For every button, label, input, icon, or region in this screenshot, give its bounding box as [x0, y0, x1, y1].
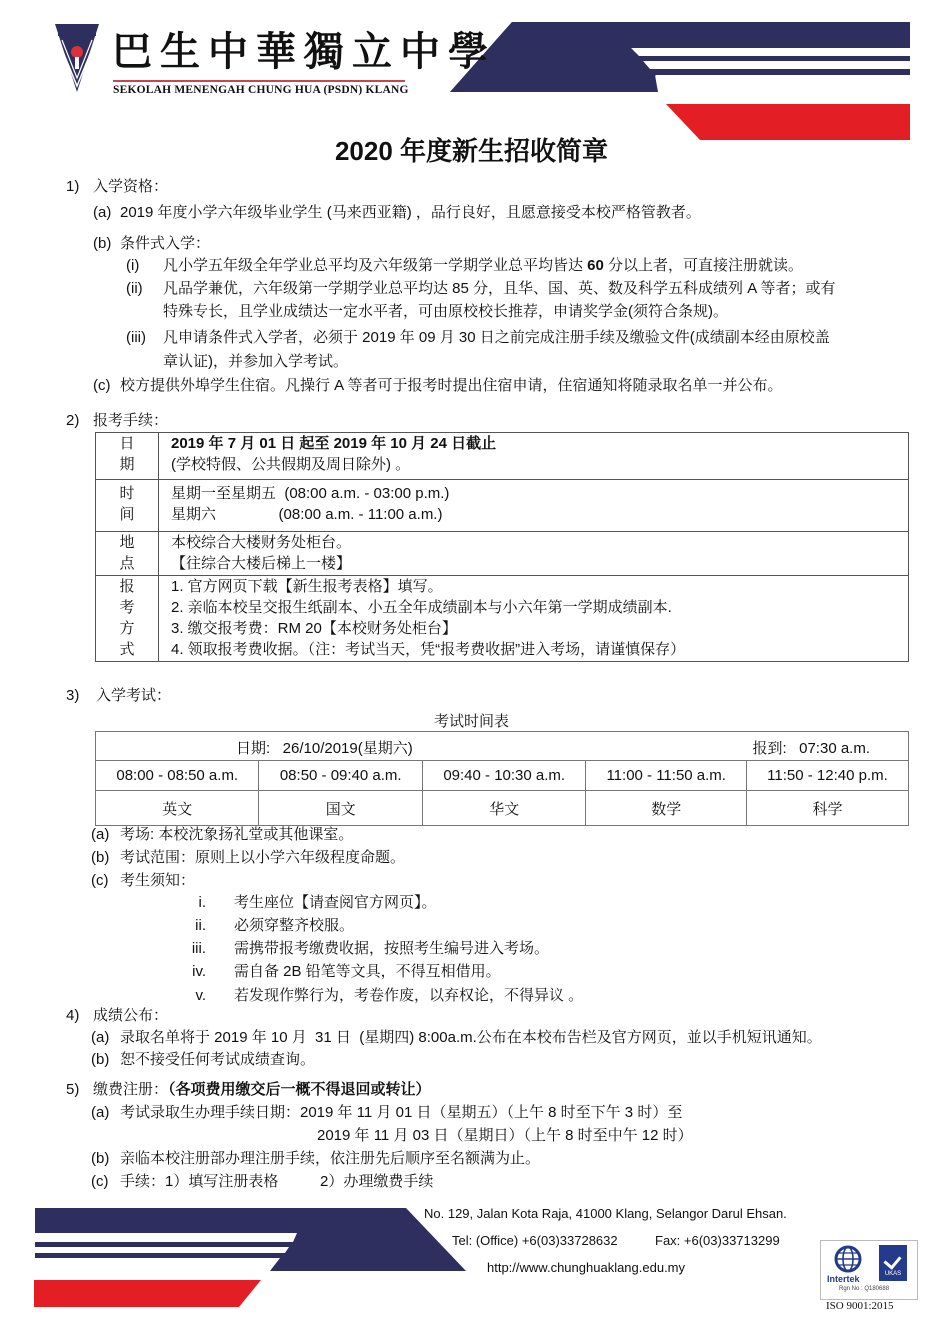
- header-rule: [113, 80, 405, 82]
- table-row-date: 日期 2019 年 7 月 01 日 起至 2019 年 10 月 24 日截止…: [96, 433, 909, 480]
- ukas-badge-icon: UKAS: [879, 1245, 907, 1281]
- item-text: 亲临本校注册部办理注册手续，依注册先后顺序至名额满为止。: [120, 1149, 540, 1169]
- exam-subjects-row: 英文 国文 华文 数学 科学: [96, 791, 909, 826]
- notice-label: i.: [180, 893, 206, 913]
- notice-text: 需自备 2B 铅笔等文具，不得互相借用。: [234, 962, 501, 982]
- exam-schedule-table: 日期: 26/10/2019(星期六) 报到: 07:30 a.m. 08:00…: [95, 731, 909, 826]
- subitem-text: 凡小学五年级全年学业总平均及六年级第一学期学业总平均皆达 60 分以上者，可直接…: [163, 256, 803, 276]
- item-label: (b): [93, 234, 111, 254]
- item-label: (c): [91, 1172, 109, 1192]
- item-label: (b): [91, 1149, 109, 1169]
- section-heading: 报考手续：: [93, 411, 168, 431]
- notice-label: iii.: [180, 939, 206, 959]
- time-cell: 09:40 - 10:30 a.m.: [422, 761, 585, 791]
- subitem-text-cont: 特殊专长，且学业成绩达一定水平者，可由原校校长推荐，申请奖学金(须符合条规)。: [163, 302, 728, 322]
- item-text: 校方提供外埠学生住宿。凡操行 A 等者可于报考时提出住宿申请，住宿通知将随录取名…: [120, 376, 783, 396]
- item-text-cont: 2019 年 11 月 03 日（星期日）（上午 8 时至中午 12 时）: [317, 1126, 693, 1146]
- row-value: 本校综合大楼财务处柜台。【往综合大楼后梯上一楼】: [159, 532, 909, 576]
- item-label: (c): [93, 376, 111, 396]
- section-number: 5): [66, 1080, 79, 1100]
- item-label: (a): [91, 825, 109, 845]
- footer-website[interactable]: http://www.chunghuaklang.edu.my: [487, 1260, 685, 1275]
- section-number: 4): [66, 1006, 79, 1026]
- row-value: 2019 年 7 月 01 日 起至 2019 年 10 月 24 日截止(学校…: [159, 433, 909, 480]
- item-text: 录取名单将于 2019 年 10 月 31 日 (星期四) 8:00a.m.公布…: [120, 1028, 822, 1048]
- globe-icon: [830, 1244, 866, 1274]
- subitem-label: (ii): [126, 279, 143, 299]
- page-title: 2020 年度新生招收简章: [0, 131, 943, 168]
- subitem-text: 凡品学兼优，六年级第一学期学业总平均达 85 分，且华、国、英、数及科学五科成绩…: [163, 279, 836, 299]
- school-name-chinese: 巴生中華獨立中學: [112, 30, 496, 74]
- notice-label: iv.: [180, 962, 206, 982]
- item-label: (c): [91, 871, 109, 891]
- item-text: 考试录取生办理手续日期：2019 年 11 月 01 日（星期五）（上午 8 时…: [120, 1103, 682, 1123]
- time-cell: 11:50 - 12:40 p.m.: [746, 761, 908, 791]
- item-label: (a): [91, 1028, 109, 1048]
- section-heading: 缴费注册：（各项费用缴交后一概不得退回或转让）: [93, 1080, 431, 1100]
- exam-times-row: 08:00 - 08:50 a.m. 08:50 - 09:40 a.m. 09…: [96, 761, 909, 791]
- item-text: 手续：1）填写注册表格 2）办理缴费手续: [120, 1172, 433, 1192]
- row-label: 地点: [96, 532, 159, 576]
- subitem-text-cont: 章认证)，并参加入学考试。: [163, 352, 348, 372]
- subject-cell: 科学: [746, 791, 908, 826]
- row-value: 星期一至星期五 (08:00 a.m. - 03:00 p.m.)星期六 (08…: [159, 480, 909, 532]
- subitem-label: (iii): [126, 328, 146, 348]
- table-row-time: 时间 星期一至星期五 (08:00 a.m. - 03:00 p.m.)星期六 …: [96, 480, 909, 532]
- item-text: 考试范围：原则上以小学六年级程度命题。: [120, 848, 405, 868]
- section-number: 2): [66, 411, 79, 431]
- iso-label: ISO 9001:2015: [826, 1300, 894, 1312]
- notice-text: 必须穿整齐校服。: [234, 916, 354, 936]
- subject-cell: 数学: [586, 791, 747, 826]
- subject-cell: 华文: [422, 791, 585, 826]
- item-text: 考生须知：: [120, 871, 195, 891]
- subject-cell: 国文: [259, 791, 422, 826]
- footer-fax: Fax: +6(03)33713299: [655, 1233, 780, 1248]
- row-value: 1. 官方网页下载【新生报考表格】填写。2. 亲临本校呈交报生纸副本、小五全年成…: [159, 576, 909, 662]
- section-number: 3): [66, 686, 79, 706]
- subject-cell: 英文: [96, 791, 259, 826]
- footer-tel: Tel: (Office) +6(03)33728632: [452, 1233, 618, 1248]
- row-label: 报考方式: [96, 576, 159, 662]
- procedure-table: 日期 2019 年 7 月 01 日 起至 2019 年 10 月 24 日截止…: [95, 432, 909, 662]
- time-cell: 08:00 - 08:50 a.m.: [96, 761, 259, 791]
- item-text: 2019 年度小学六年级毕业学生 (马来西亚籍) ，品行良好，且愿意接受本校严格…: [120, 203, 701, 223]
- item-text: 考场: 本校沈象扬礼堂或其他课室。: [120, 825, 353, 845]
- section-heading: 入学考试：: [96, 686, 171, 706]
- school-crest-logo: [55, 24, 99, 92]
- header-stripes-graphic: [440, 0, 943, 140]
- item-label: (b): [91, 1050, 109, 1070]
- section-heading: 入学资格：: [93, 177, 168, 197]
- item-label: (a): [93, 203, 111, 223]
- item-label: (b): [91, 848, 109, 868]
- notice-text: 考生座位【请查阅官方网页】。: [234, 893, 437, 913]
- subitem-label: (i): [126, 256, 139, 276]
- subitem-text: 凡申请条件式入学者，必须于 2019 年 09 月 30 日之前完成注册手续及缴…: [163, 328, 830, 348]
- exam-table-caption: 考试时间表: [0, 710, 943, 731]
- time-cell: 11:00 - 11:50 a.m.: [586, 761, 747, 791]
- table-row-location: 地点 本校综合大楼财务处柜台。【往综合大楼后梯上一楼】: [96, 532, 909, 576]
- item-text: 恕不接受任何考试成绩查询。: [120, 1050, 315, 1070]
- notice-text: 若发现作弊行为，考卷作废，以弃权论，不得异议 。: [234, 986, 583, 1006]
- row-label: 日期: [96, 433, 159, 480]
- notice-text: 需携带报考缴费收据，按照考生编号进入考场。: [234, 939, 549, 959]
- certification-badge: Intertek UKAS Rgn No : Q180688: [820, 1240, 918, 1300]
- section-heading: 成绩公布：: [93, 1006, 168, 1026]
- item-text: 条件式入学：: [120, 234, 210, 254]
- notice-label: ii.: [180, 916, 206, 936]
- school-name-english: SEKOLAH MENENGAH CHUNG HUA (PSDN) KLANG: [113, 84, 409, 96]
- item-label: (a): [91, 1103, 109, 1123]
- intertek-label: Intertek: [827, 1274, 860, 1284]
- registration-number: Rgn No : Q180688: [839, 1286, 889, 1292]
- footer-address: No. 129, Jalan Kota Raja, 41000 Klang, S…: [424, 1206, 787, 1221]
- notice-label: v.: [180, 986, 206, 1006]
- exam-date: 日期: 26/10/2019(星期六): [236, 737, 413, 758]
- report-time: 报到: 07:30 a.m.: [752, 737, 870, 758]
- row-label: 时间: [96, 480, 159, 532]
- section-number: 1): [66, 177, 79, 197]
- exam-date-row: 日期: 26/10/2019(星期六) 报到: 07:30 a.m.: [96, 732, 909, 761]
- time-cell: 08:50 - 09:40 a.m.: [259, 761, 422, 791]
- footer-stripes-graphic: [0, 1190, 480, 1334]
- table-row-method: 报考方式 1. 官方网页下载【新生报考表格】填写。2. 亲临本校呈交报生纸副本、…: [96, 576, 909, 662]
